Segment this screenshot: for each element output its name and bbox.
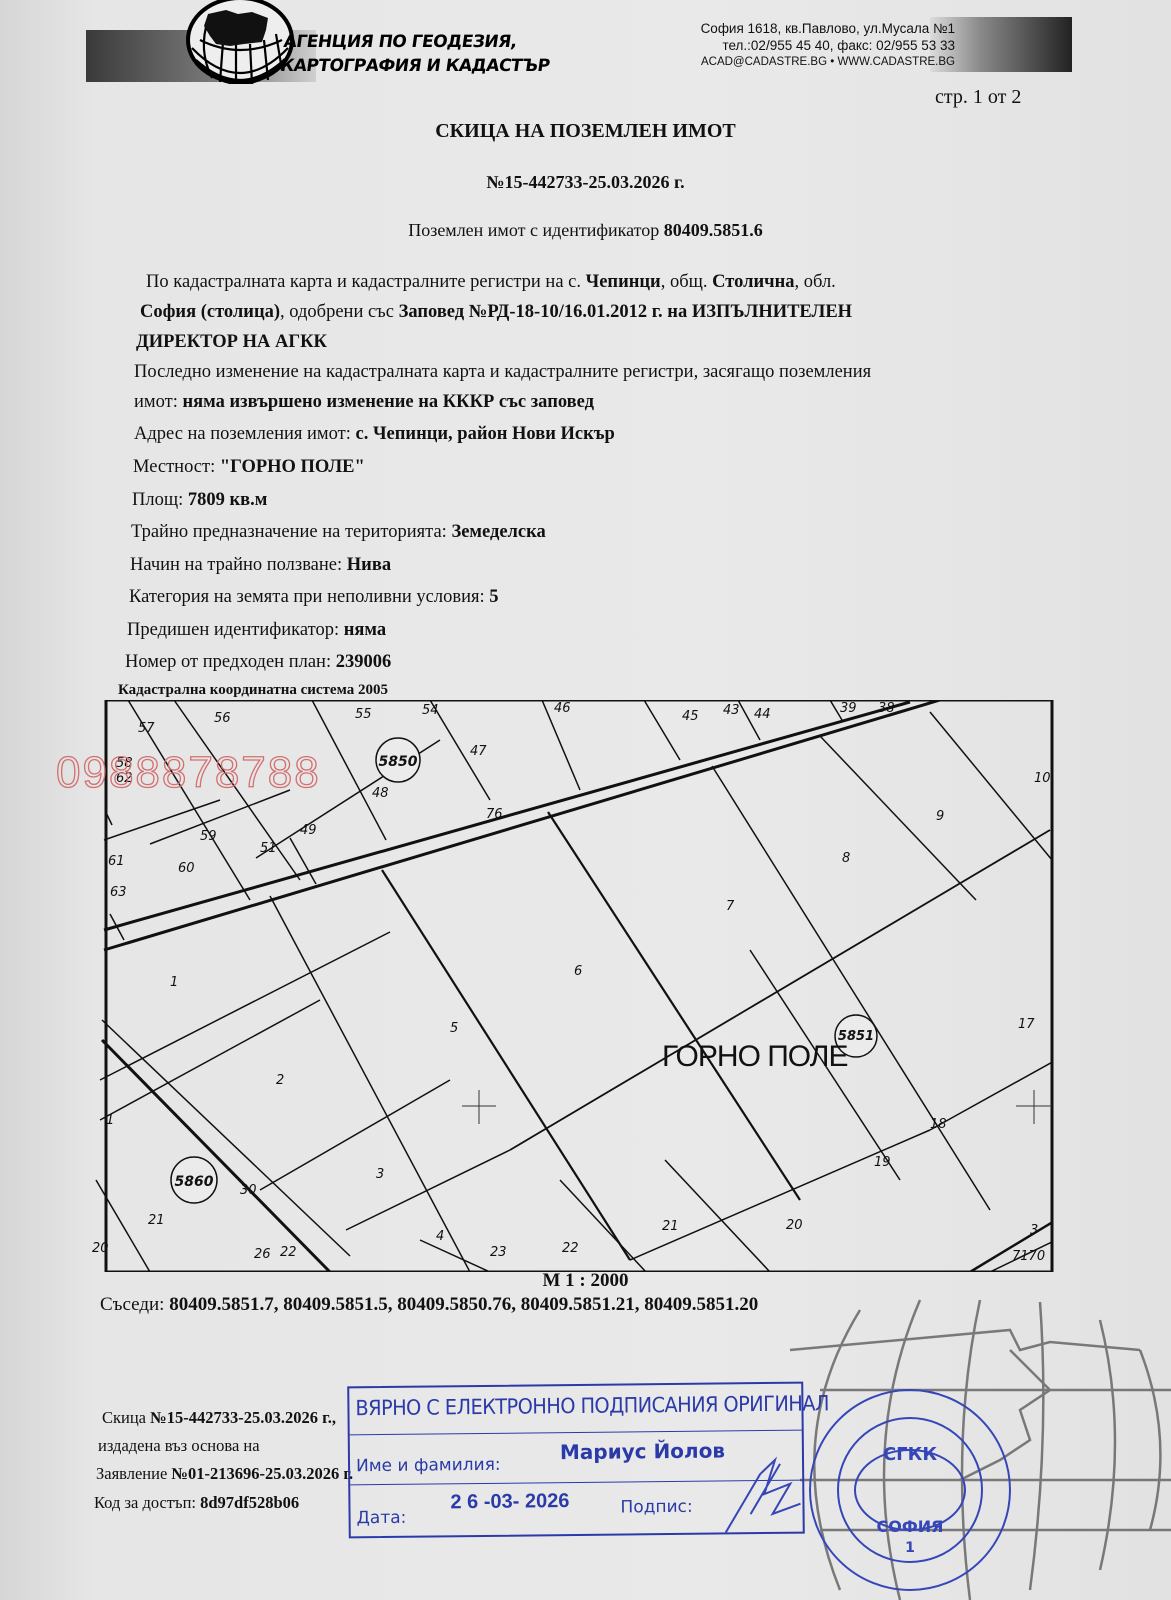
- intro-line-1: По кадастралната карта и кадастралните р…: [146, 272, 836, 293]
- stamp-date: 2 6 -03- 2026: [450, 1490, 569, 1514]
- svg-text:60: 60: [178, 861, 195, 876]
- stamp-sign-label: Подпис:: [620, 1497, 692, 1518]
- svg-text:46: 46: [554, 701, 571, 716]
- svg-text:22: 22: [562, 1241, 579, 1256]
- svg-text:3: 3: [376, 1167, 384, 1182]
- svg-text:43: 43: [723, 703, 740, 718]
- svg-text:49: 49: [300, 823, 317, 838]
- agency-contacts: София 1618, кв.Павлово, ул.Мусала №1 тел…: [660, 20, 955, 71]
- last-change-line-1: Последно изменение на кадастралната карт…: [134, 362, 871, 383]
- svg-text:20: 20: [92, 1241, 109, 1256]
- svg-text:55: 55: [355, 707, 372, 722]
- svg-text:47: 47: [470, 744, 487, 759]
- svg-text:9: 9: [936, 809, 944, 824]
- official-round-stamp: СГКК СОФИЯ 1: [780, 1290, 1171, 1600]
- svg-text:10: 10: [1034, 771, 1051, 786]
- field-area: Площ: 7809 кв.м: [132, 490, 267, 511]
- svg-text:7170: 7170: [1012, 1249, 1045, 1264]
- svg-text:39: 39: [840, 701, 857, 716]
- svg-text:ГОРНО ПОЛЕ: ГОРНО ПОЛЕ: [662, 1040, 848, 1073]
- svg-text:6: 6: [574, 964, 582, 979]
- intro-line-3: ДИРЕКТОР НА АГКК: [136, 332, 327, 353]
- agency-phones: тел.:02/955 45 40, факс: 02/955 53 33: [660, 37, 955, 54]
- svg-text:СГКК: СГКК: [883, 1444, 937, 1465]
- svg-text:63: 63: [110, 885, 127, 900]
- document-title: СКИЦА НА ПОЗЕМЛЕН ИМОТ: [0, 120, 1171, 143]
- neighbors: Съседи: 80409.5851.7, 80409.5851.5, 8040…: [100, 1294, 758, 1316]
- field-category: Категория на земята при неполивни услови…: [129, 587, 499, 608]
- svg-text:26: 26: [254, 1247, 271, 1262]
- svg-text:СОФИЯ: СОФИЯ: [877, 1517, 944, 1536]
- page-number: стр. 1 от 2: [935, 86, 1021, 109]
- footer-issued: издадена въз основа на: [98, 1436, 260, 1456]
- svg-text:30: 30: [240, 1183, 257, 1198]
- svg-text:38: 38: [878, 701, 895, 716]
- svg-text:19: 19: [874, 1155, 891, 1170]
- svg-text:18: 18: [930, 1117, 947, 1132]
- footer-access-code: Код за достъп: 8d97df528b06: [94, 1493, 299, 1513]
- stamp-heading: ВЯРНО С ЕЛЕКТРОННО ПОДПИСАНИЯ ОРИГИНАЛ: [355, 1391, 829, 1420]
- coordinate-system-label: Кадастрална координатна система 2005: [118, 682, 388, 699]
- svg-text:4: 4: [436, 1229, 444, 1244]
- svg-text:56: 56: [214, 711, 231, 726]
- svg-text:17: 17: [1018, 1017, 1035, 1032]
- svg-text:57: 57: [138, 721, 155, 736]
- document-number: №15-442733-25.03.2026 г.: [0, 172, 1171, 193]
- phone-watermark: 0988878788: [56, 748, 321, 798]
- svg-text:54: 54: [422, 703, 439, 718]
- intro-line-2: София (столица), одобрени със Заповед №Р…: [140, 302, 852, 323]
- svg-text:5860: 5860: [175, 1174, 214, 1190]
- field-address: Адрес на поземления имот: с. Чепинци, ра…: [134, 424, 615, 445]
- certification-stamp: ВЯРНО С ЕЛЕКТРОННО ПОДПИСАНИЯ ОРИГИНАЛ И…: [347, 1382, 805, 1539]
- svg-text:1: 1: [905, 1540, 915, 1556]
- svg-text:5850: 5850: [379, 754, 418, 770]
- svg-text:45: 45: [682, 709, 699, 724]
- signature-icon: [720, 1454, 811, 1535]
- property-identifier: Поземлен имот с идентификатор 80409.5851…: [0, 220, 1171, 241]
- footer-sketch: Скица №15-442733-25.03.2026 г.,: [102, 1408, 336, 1428]
- map-scale: М 1 : 2000: [0, 1270, 1171, 1292]
- svg-text:1: 1: [106, 1113, 114, 1128]
- svg-text:8: 8: [842, 851, 850, 866]
- footer-application: Заявление №01-213696-25.03.2026 г.: [96, 1464, 353, 1484]
- field-previous-plan: Номер от предходен план: 239006: [125, 652, 391, 673]
- svg-text:59: 59: [200, 829, 217, 844]
- svg-text:44: 44: [754, 707, 771, 722]
- stamp-date-label: Дата:: [356, 1508, 406, 1529]
- field-locality: Местност: "ГОРНО ПОЛЕ": [133, 457, 365, 478]
- document-page: АГЕНЦИЯ ПО ГЕОДЕЗИЯ, КАРТОГРАФИЯ И КАДАС…: [0, 0, 1171, 1600]
- stamp-name: Мариус Йолов: [560, 1438, 725, 1464]
- block-markers: 5850 5851 5860: [171, 738, 877, 1203]
- svg-text:2: 2: [276, 1073, 284, 1088]
- agency-web: ACAD@CADASTRE.BG • WWW.CADASTRE.BG: [660, 54, 955, 71]
- field-purpose: Трайно предназначение на територията: Зе…: [131, 522, 546, 543]
- field-usage: Начин на трайно ползване: Нива: [130, 555, 391, 576]
- svg-text:7: 7: [726, 899, 735, 914]
- agency-name: АГЕНЦИЯ ПО ГЕОДЕЗИЯ, КАРТОГРАФИЯ И КАДАС…: [279, 30, 555, 78]
- svg-text:23: 23: [490, 1245, 507, 1260]
- agency-address: София 1618, кв.Павлово, ул.Мусала №1: [660, 20, 955, 37]
- svg-text:61: 61: [108, 854, 125, 869]
- svg-text:51: 51: [260, 841, 277, 856]
- svg-text:21: 21: [148, 1213, 165, 1228]
- svg-text:5: 5: [450, 1021, 458, 1036]
- svg-text:1: 1: [170, 975, 178, 990]
- field-previous-id: Предишен идентификатор: няма: [127, 620, 386, 641]
- svg-text:48: 48: [372, 786, 389, 801]
- svg-text:21: 21: [662, 1219, 679, 1234]
- svg-text:20: 20: [786, 1218, 803, 1233]
- svg-text:22: 22: [280, 1245, 297, 1260]
- stamp-name-label: Име и фамилия:: [356, 1455, 501, 1477]
- svg-text:76: 76: [486, 807, 503, 822]
- last-change-line-2: имот: няма извършено изменение на КККР с…: [134, 392, 594, 413]
- svg-text:3: 3: [1030, 1223, 1038, 1238]
